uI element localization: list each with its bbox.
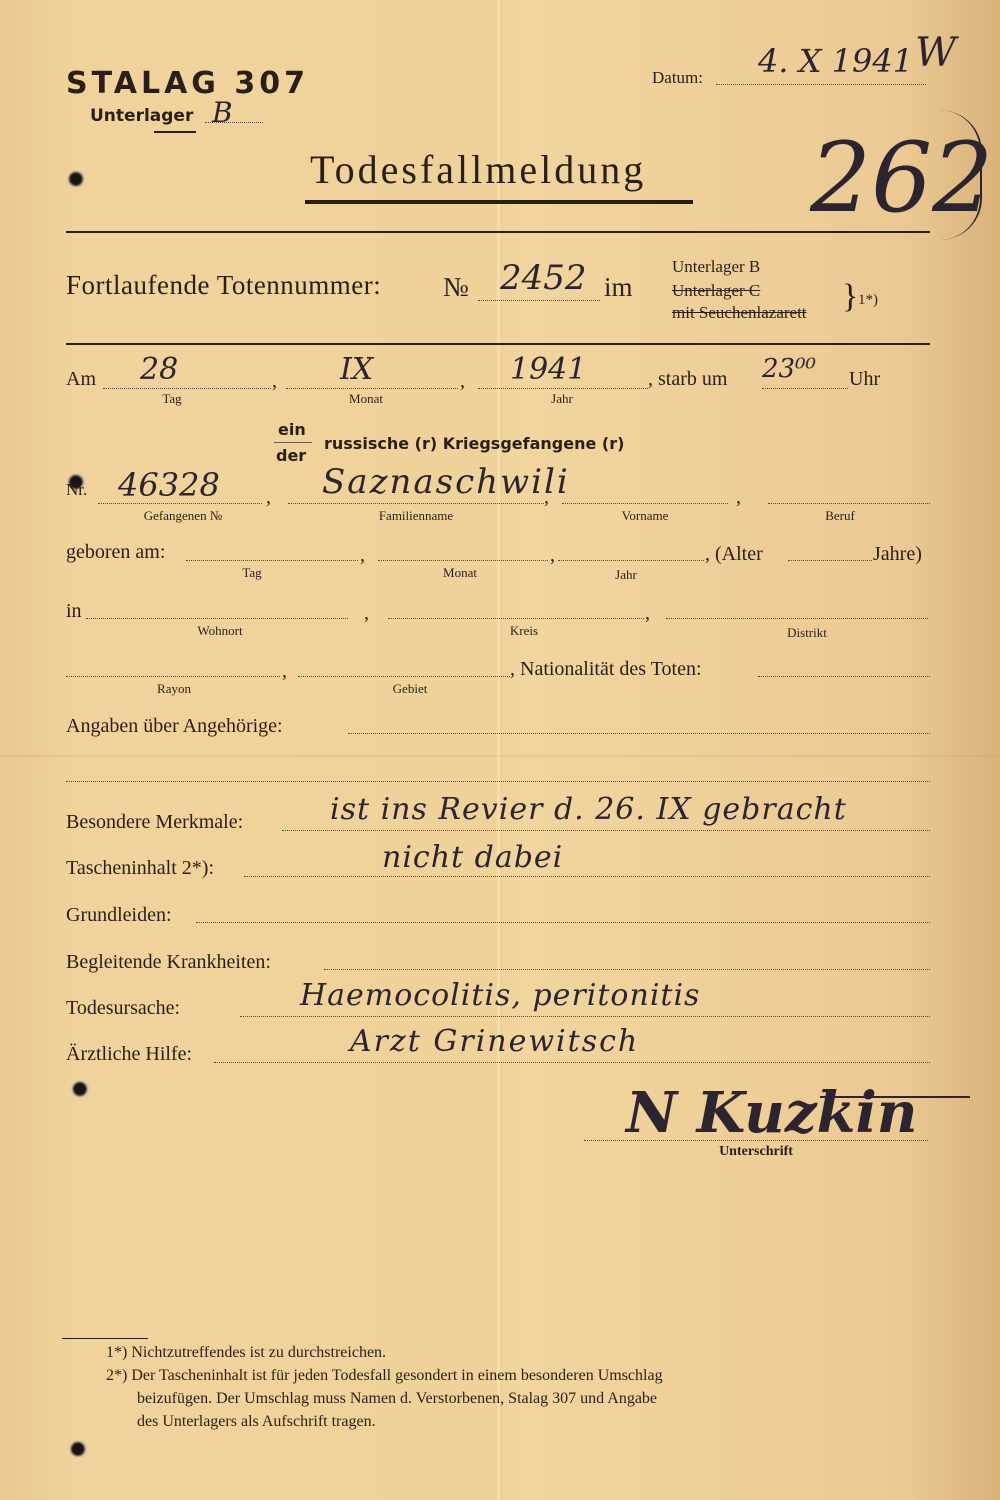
merkmale-label: Besondere Merkmale: <box>66 811 243 834</box>
wohnort-caption: Wohnort <box>197 623 242 639</box>
sublager-label: Unterlager <box>90 106 193 126</box>
option-unterlager-b: Unterlager B <box>672 257 760 277</box>
option-seuchenlazarett: mit Seuchenlazarett <box>672 303 807 323</box>
signature-line <box>584 1140 928 1141</box>
death-time: 23⁰⁰ <box>762 354 816 384</box>
surname-caption: Familienname <box>379 508 453 524</box>
footnote-ref-1: 1*) <box>858 292 878 309</box>
nationality-label: , Nationalität des Toten: <box>510 658 702 681</box>
sublager-underline <box>154 131 196 133</box>
punch-hole-icon <box>70 1080 92 1098</box>
grundleiden-label: Grundleiden: <box>66 904 172 927</box>
paper-fold-horizontal <box>0 755 1000 757</box>
page-title: Todesfallmeldung <box>310 146 646 193</box>
brace-icon: } <box>842 278 858 316</box>
punch-hole-icon <box>68 1440 90 1458</box>
todesursache-value: Haemocolitis, peritonitis <box>300 978 700 1013</box>
death-year: 1941 <box>510 352 586 387</box>
year-line <box>478 388 648 389</box>
grundleiden-line <box>196 922 930 923</box>
death-number-value: 2452 <box>500 258 587 298</box>
kreis-line <box>388 618 644 619</box>
taschen-value: nicht dabei <box>382 840 563 875</box>
punch-hole-icon <box>66 170 88 188</box>
paper-fold-vertical <box>497 0 500 1500</box>
am-label: Am <box>66 368 96 391</box>
angehoerige-label: Angaben über Angehörige: <box>66 715 283 738</box>
footnote-2-end: des Unterlagers als Aufschrift tragen. <box>137 1413 376 1431</box>
nationality-line <box>758 676 930 677</box>
prisoner-type: russische (r) Kriegsgefangene (r) <box>324 434 624 453</box>
time-line <box>762 388 848 389</box>
taschen-label: Tascheninhalt 2*): <box>66 857 214 880</box>
month-caption: Monat <box>349 391 383 407</box>
begleitende-label: Begleitende Krankheiten: <box>66 951 271 974</box>
signature-caption: Unterschrift <box>719 1144 793 1160</box>
wohnort-line <box>86 618 348 619</box>
death-number-label: Fortlaufende Totennummer: <box>66 270 381 301</box>
day-caption: Tag <box>162 391 181 407</box>
date-value: 4. X 1941 <box>758 42 913 80</box>
birth-year-line <box>558 560 704 561</box>
prisoner-surname: Saznaschwili <box>322 462 570 502</box>
gebiet-caption: Gebiet <box>393 681 428 697</box>
date-label: Datum: <box>652 68 703 88</box>
geboren-label: geboren am: <box>66 541 165 564</box>
header-rule <box>66 231 930 233</box>
footnote-2: 2*) Der Tascheninhalt ist für jeden Tode… <box>106 1367 663 1385</box>
distrikt-caption: Distrikt <box>787 625 827 641</box>
signature-flourish <box>820 1096 970 1098</box>
hilfe-label: Ärztliche Hilfe: <box>66 1043 192 1066</box>
option-unterlager-c: Unterlager C <box>672 281 760 301</box>
kreis-caption: Kreis <box>510 623 538 639</box>
surname-line <box>288 503 544 504</box>
year-caption: Jahr <box>551 391 573 407</box>
day-line <box>103 388 271 389</box>
profession-caption: Beruf <box>825 508 855 524</box>
article-der: der <box>276 446 306 465</box>
footnote-rule <box>62 1338 148 1339</box>
birth-day-caption: Tag <box>242 565 261 581</box>
month-line <box>286 388 458 389</box>
birth-month-caption: Monat <box>443 565 477 581</box>
article-divider <box>274 442 312 443</box>
sublager-line <box>205 122 263 123</box>
date-initials: W <box>915 30 956 76</box>
prisoner-number-caption: Gefangenen № <box>144 508 222 524</box>
birth-day-line <box>186 560 358 561</box>
death-number-line <box>478 300 600 301</box>
number-sign: № <box>443 272 469 303</box>
hilfe-line <box>214 1062 930 1063</box>
begleitende-line <box>324 969 930 970</box>
rayon-caption: Rayon <box>157 681 191 697</box>
nr-label: Nr. <box>66 480 87 500</box>
date-line <box>716 84 926 85</box>
jahre-label: Jahre) <box>873 543 922 566</box>
todesursache-line <box>240 1016 930 1017</box>
death-day: 28 <box>140 352 178 387</box>
profession-line <box>768 503 930 504</box>
taschen-line <box>244 876 930 877</box>
footnote-2-cont: beizufügen. Der Umschlag muss Namen d. V… <box>137 1390 657 1408</box>
camp-name: STALAG 307 <box>66 66 309 101</box>
age-line <box>788 560 872 561</box>
firstname-line <box>562 503 728 504</box>
hilfe-value: Arzt Grinewitsch <box>350 1024 639 1059</box>
starb-um-label: , starb um <box>648 368 727 391</box>
angehoerige-line-2 <box>66 781 930 782</box>
merkmale-value: ist ins Revier d. 26. IX gebracht <box>330 792 847 827</box>
prisoner-number: 46328 <box>118 466 220 504</box>
gebiet-line <box>298 676 510 677</box>
rayon-line <box>66 676 280 677</box>
birth-year-caption: Jahr <box>615 567 637 583</box>
title-underline <box>305 200 693 204</box>
merkmale-line <box>282 830 930 831</box>
footnote-1: 1*) Nichtzutreffendes ist zu durchstreic… <box>106 1344 386 1362</box>
signature: N Kuzkin <box>626 1080 917 1146</box>
alter-label: , (Alter <box>705 543 763 566</box>
firstname-caption: Vorname <box>622 508 669 524</box>
distrikt-line <box>666 618 928 619</box>
sublager-value: B <box>212 96 233 129</box>
death-month: IX <box>340 352 373 387</box>
section-rule <box>66 343 930 345</box>
todesursache-label: Todesursache: <box>66 997 180 1020</box>
angehoerige-line <box>348 733 930 734</box>
uhr-label: Uhr <box>849 368 880 391</box>
in-label: in <box>66 600 82 623</box>
article-ein: ein <box>278 420 306 439</box>
birth-month-line <box>378 560 548 561</box>
im-label: im <box>604 272 633 303</box>
